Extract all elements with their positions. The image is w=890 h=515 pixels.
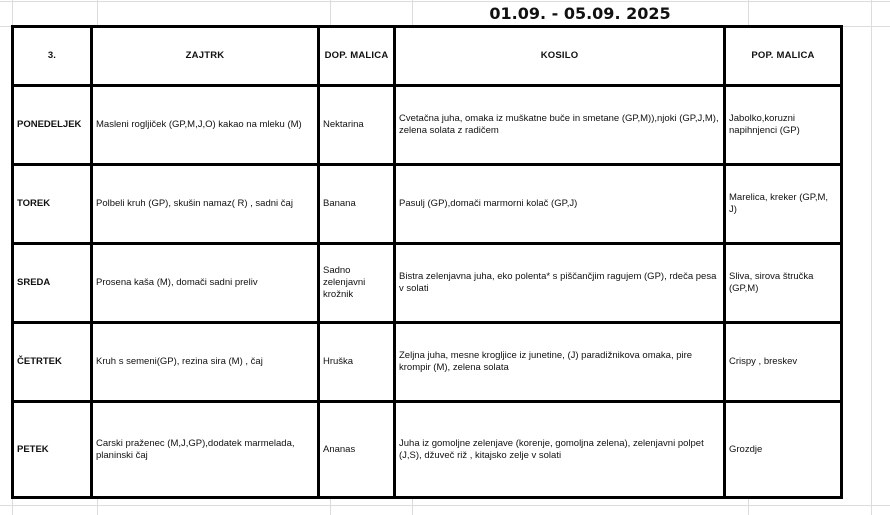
pop-malica-cell[interactable]: Crispy , breskev — [725, 323, 842, 402]
week-number-header[interactable]: 3. — [13, 27, 92, 86]
dop-malica-cell[interactable]: Ananas — [319, 402, 395, 498]
zajtrk-cell[interactable]: Polbeli kruh (GP), skušin namaz( R) , sa… — [92, 165, 319, 244]
pop-malica-cell[interactable]: Jabolko,koruzni napihnjenci (GP) — [725, 86, 842, 165]
table-row: PONEDELJEK Masleni rogljiček (GP,M,J,O) … — [13, 86, 842, 165]
zajtrk-cell[interactable]: Masleni rogljiček (GP,M,J,O) kakao na ml… — [92, 86, 319, 165]
day-cell[interactable]: ČETRTEK — [13, 323, 92, 402]
day-cell[interactable]: PETEK — [13, 402, 92, 498]
pop-malica-header[interactable]: POP. MALICA — [725, 27, 842, 86]
day-cell[interactable]: PONEDELJEK — [13, 86, 92, 165]
kosilo-cell[interactable]: Cvetačna juha, omaka iz muškatne buče in… — [395, 86, 725, 165]
zajtrk-cell[interactable]: Prosena kaša (M), domači sadni preliv — [92, 244, 319, 323]
sheet-gridline — [871, 0, 872, 515]
sheet-gridline — [0, 505, 890, 506]
table-row: TOREK Polbeli kruh (GP), skušin namaz( R… — [13, 165, 842, 244]
dop-malica-cell[interactable]: Sadno zelenjavni krožnik — [319, 244, 395, 323]
table-row: SREDA Prosena kaša (M), domači sadni pre… — [13, 244, 842, 323]
dop-malica-cell[interactable]: Banana — [319, 165, 395, 244]
zajtrk-cell[interactable]: Carski praženec (M,J,GP),dodatek marmela… — [92, 402, 319, 498]
pop-malica-cell[interactable]: Grozdje — [725, 402, 842, 498]
table-row: ČETRTEK Kruh s semeni(GP), rezina sira (… — [13, 323, 842, 402]
date-range-title: 01.09. - 05.09. 2025 — [412, 2, 748, 26]
header-row: 3. ZAJTRK DOP. MALICA KOSILO POP. MALICA — [13, 27, 842, 86]
kosilo-cell[interactable]: Bistra zelenjavna juha, eko polenta* s p… — [395, 244, 725, 323]
kosilo-cell[interactable]: Zeljna juha, mesne kroglјice iz junetine… — [395, 323, 725, 402]
table-row: PETEK Carski praženec (M,J,GP),dodatek m… — [13, 402, 842, 498]
zajtrk-cell[interactable]: Kruh s semeni(GP), rezina sira (M) , čaj — [92, 323, 319, 402]
dop-malica-header[interactable]: DOP. MALICA — [319, 27, 395, 86]
zajtrk-header[interactable]: ZAJTRK — [92, 27, 319, 86]
dop-malica-cell[interactable]: Hruška — [319, 323, 395, 402]
kosilo-header[interactable]: KOSILO — [395, 27, 725, 86]
kosilo-cell[interactable]: Pasulj (GP),domači marmorni kolač (GP,J) — [395, 165, 725, 244]
dop-malica-cell[interactable]: Nektarina — [319, 86, 395, 165]
kosilo-cell[interactable]: Juha iz gomoljne zelenjave (korenje, gom… — [395, 402, 725, 498]
weekly-menu-table: 3. ZAJTRK DOP. MALICA KOSILO POP. MALICA… — [11, 25, 843, 499]
day-cell[interactable]: TOREK — [13, 165, 92, 244]
day-cell[interactable]: SREDA — [13, 244, 92, 323]
pop-malica-cell[interactable]: Marelica, kreker (GP,M, J) — [725, 165, 842, 244]
pop-malica-cell[interactable]: Sliva, sirova štručka (GP,M) — [725, 244, 842, 323]
